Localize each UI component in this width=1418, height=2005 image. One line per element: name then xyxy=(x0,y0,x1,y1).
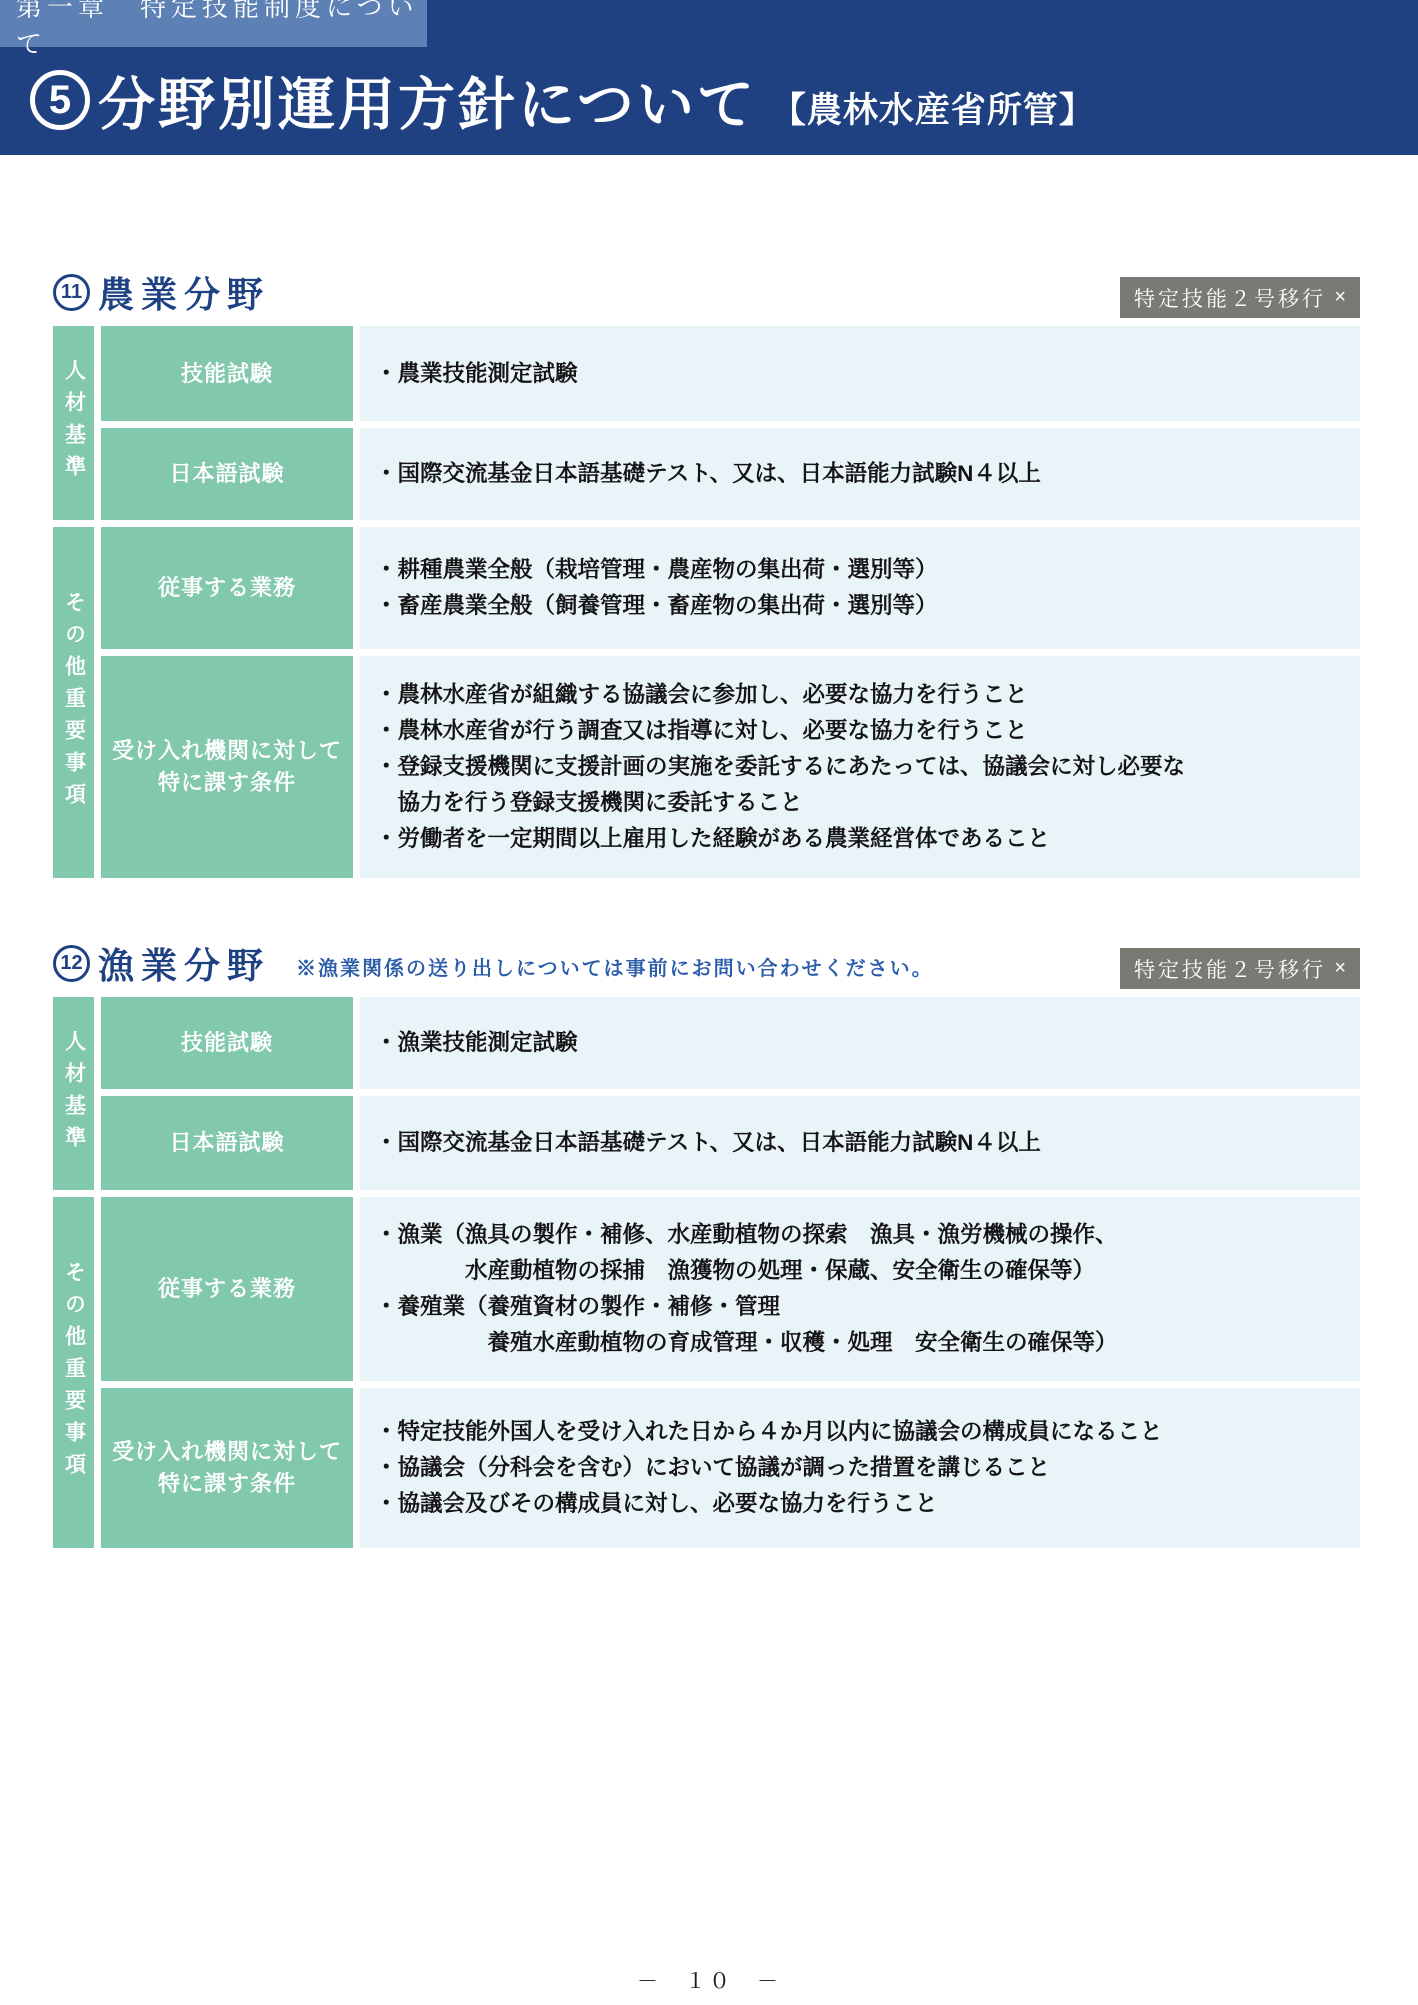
group-side-label: 人材基準 xyxy=(53,997,94,1190)
row-content: ・国際交流基金日本語基礎テスト、又は、日本語能力試験N４以上 xyxy=(360,1096,1360,1190)
page-header-band: 第一章 特定技能制度について 5 分野別運用方針について 【農林水産省所管】 xyxy=(0,0,1418,155)
circled-number-icon: 5 xyxy=(30,70,90,130)
table-group-sonota: その他重要事項 従事する業務 ・耕種農業全般（栽培管理・農産物の集出荷・選別等）… xyxy=(53,527,1360,878)
group-side-label: その他重要事項 xyxy=(53,1197,94,1548)
section-title-wrap: 11 農業分野 xyxy=(53,267,270,318)
group-side-label: その他重要事項 xyxy=(53,527,94,878)
circled-number-icon: 11 xyxy=(53,274,90,311)
chapter-tab: 第一章 特定技能制度について xyxy=(0,0,427,47)
page-title: 分野別運用方針について xyxy=(98,59,757,141)
row-content: ・漁業（漁具の製作・補修、水産動植物の探索 漁具・漁労機械の操作、 水産動植物の… xyxy=(360,1197,1360,1381)
row-content: ・国際交流基金日本語基礎テスト、又は、日本語能力試験N４以上 xyxy=(360,428,1360,520)
row-header: 技能試験 xyxy=(101,326,353,421)
row-content: ・農業技能測定試験 xyxy=(360,326,1360,421)
row-header: 従事する業務 xyxy=(101,527,353,649)
row-header: 受け入れ機関に対して 特に課す条件 xyxy=(101,656,353,878)
row-header: 日本語試験 xyxy=(101,428,353,520)
page-title-suffix: 【農林水産省所管】 xyxy=(771,67,1095,133)
page-body: 11 農業分野 特定技能２号移行 × 人材基準 技能試験 ・農業技能測定試験 日… xyxy=(0,267,1418,1548)
row-header: 従事する業務 xyxy=(101,1197,353,1381)
group-side-label: 人材基準 xyxy=(53,326,94,520)
table-row: 従事する業務 ・漁業（漁具の製作・補修、水産動植物の探索 漁具・漁労機械の操作、… xyxy=(101,1197,1360,1381)
section-title: 農業分野 xyxy=(98,267,270,318)
table-group-sonota: その他重要事項 従事する業務 ・漁業（漁具の製作・補修、水産動植物の探索 漁具・… xyxy=(53,1197,1360,1548)
status-badge-label: 特定技能２号移行 xyxy=(1134,283,1326,313)
table-group-jinzai: 人材基準 技能試験 ・漁業技能測定試験 日本語試験 ・国際交流基金日本語基礎テス… xyxy=(53,997,1360,1190)
status-badge-label: 特定技能２号移行 xyxy=(1134,954,1326,984)
row-header: 受け入れ機関に対して 特に課す条件 xyxy=(101,1388,353,1548)
table-row: 受け入れ機関に対して 特に課す条件 ・農林水産省が組織する協議会に参加し、必要な… xyxy=(101,656,1360,878)
table-row: 日本語試験 ・国際交流基金日本語基礎テスト、又は、日本語能力試験N４以上 xyxy=(101,1096,1360,1190)
page-title-row: 5 分野別運用方針について 【農林水産省所管】 xyxy=(30,59,1095,141)
fishery-table: 人材基準 技能試験 ・漁業技能測定試験 日本語試験 ・国際交流基金日本語基礎テス… xyxy=(53,997,1360,1548)
cross-mark-icon: × xyxy=(1334,957,1346,980)
agriculture-table: 人材基準 技能試験 ・農業技能測定試験 日本語試験 ・国際交流基金日本語基礎テス… xyxy=(53,326,1360,878)
table-row: 技能試験 ・農業技能測定試験 xyxy=(101,326,1360,421)
row-content: ・漁業技能測定試験 xyxy=(360,997,1360,1089)
section-title-wrap: 12 漁業分野 xyxy=(53,938,270,989)
table-row: 受け入れ機関に対して 特に課す条件 ・特定技能外国人を受け入れた日から４か月以内… xyxy=(101,1388,1360,1548)
table-group-jinzai: 人材基準 技能試験 ・農業技能測定試験 日本語試験 ・国際交流基金日本語基礎テス… xyxy=(53,326,1360,520)
row-header: 技能試験 xyxy=(101,997,353,1089)
page-number: － １０ － xyxy=(0,1965,1418,1995)
status-badge-tokutei-2: 特定技能２号移行 × xyxy=(1120,277,1360,318)
table-row: 従事する業務 ・耕種農業全般（栽培管理・農産物の集出荷・選別等） ・畜産農業全般… xyxy=(101,527,1360,649)
row-header: 日本語試験 xyxy=(101,1096,353,1190)
row-content: ・特定技能外国人を受け入れた日から４か月以内に協議会の構成員になること ・協議会… xyxy=(360,1388,1360,1548)
section-fishery-header: 12 漁業分野 ※漁業関係の送り出しについては事前にお問い合わせください。 特定… xyxy=(53,938,1360,989)
section-note: ※漁業関係の送り出しについては事前にお問い合わせください。 xyxy=(296,952,934,989)
section-title: 漁業分野 xyxy=(98,938,270,989)
cross-mark-icon: × xyxy=(1334,286,1346,309)
row-content: ・農林水産省が組織する協議会に参加し、必要な協力を行うこと ・農林水産省が行う調… xyxy=(360,656,1360,878)
table-row: 技能試験 ・漁業技能測定試験 xyxy=(101,997,1360,1089)
row-content: ・耕種農業全般（栽培管理・農産物の集出荷・選別等） ・畜産農業全般（飼養管理・畜… xyxy=(360,527,1360,649)
status-badge-tokutei-2: 特定技能２号移行 × xyxy=(1120,948,1360,989)
section-agriculture-header: 11 農業分野 特定技能２号移行 × xyxy=(53,267,1360,318)
circled-number-icon: 12 xyxy=(53,945,90,982)
table-row: 日本語試験 ・国際交流基金日本語基礎テスト、又は、日本語能力試験N４以上 xyxy=(101,428,1360,520)
